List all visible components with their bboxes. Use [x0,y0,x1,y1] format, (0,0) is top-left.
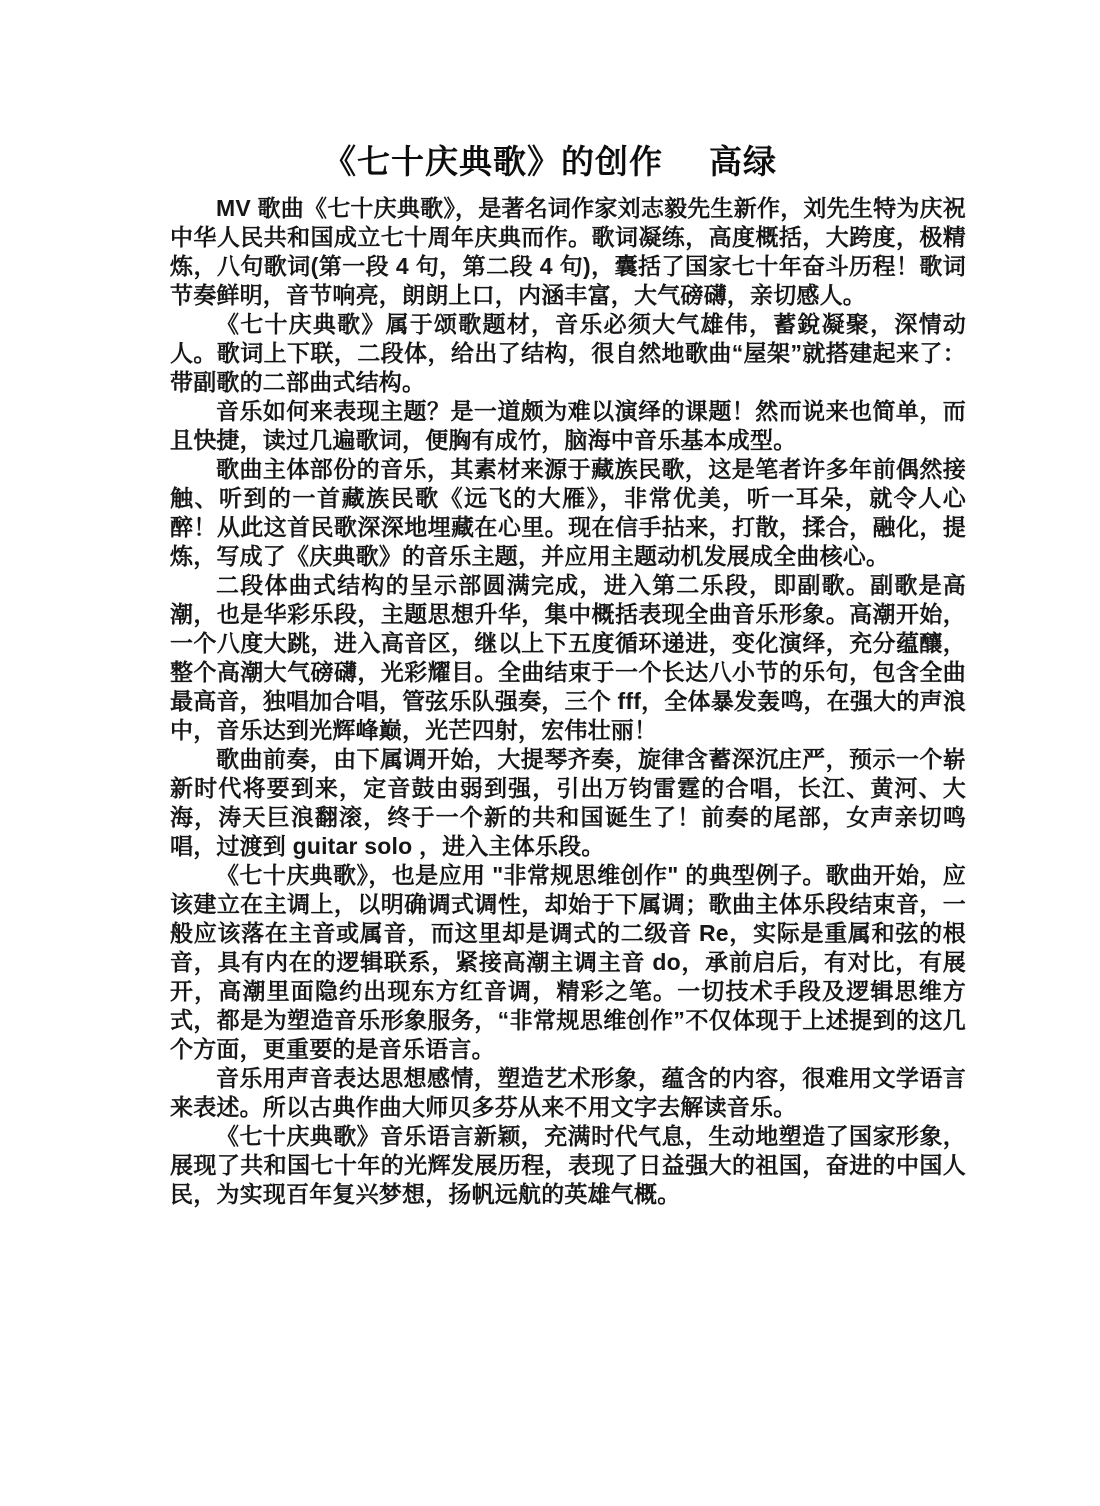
paragraph-2: 《七十庆典歌》属于颂歌题材，音乐必须大气雄伟，蓄銳凝聚，深情动人。歌词上下联，二… [170,310,966,397]
paragraph-5: 二段体曲式结构的呈示部圆满完成，进入第二乐段，即副歌。副歌是高潮，也是华彩乐段，… [170,571,966,745]
paragraph-6: 歌曲前奏，由下属调开始，大提琴齐奏，旋律含蓄深沉庄严，预示一个崭新时代将要到来，… [170,745,966,861]
document-page: 《七十庆典歌》的创作高绿 MV 歌曲《七十庆典歌》，是著名词作家刘志毅先生新作，… [0,0,1100,1506]
article-body: MV 歌曲《七十庆典歌》，是著名词作家刘志毅先生新作，刘先生特为庆祝中华人民共和… [170,194,966,1209]
paragraph-4: 歌曲主体部份的音乐，其素材来源于藏族民歌，这是笔者许多年前偶然接触、听到的一首藏… [170,455,966,571]
paragraph-8: 音乐用声音表达思想感情，塑造艺术形象，蕴含的内容，很难用文学语言来表述。所以古典… [170,1064,966,1122]
paragraph-9: 《七十庆典歌》音乐语言新颖，充满时代气息，生动地塑造了国家形象，展现了共和国七十… [170,1122,966,1209]
title-text: 《七十庆典歌》的创作 [323,143,663,180]
document-title: 《七十庆典歌》的创作高绿 [0,136,1100,183]
paragraph-1: MV 歌曲《七十庆典歌》，是著名词作家刘志毅先生新作，刘先生特为庆祝中华人民共和… [170,194,966,310]
author-name: 高绿 [709,136,777,183]
paragraph-7: 《七十庆典歌》，也是应用 "非常规思维创作" 的典型例子。歌曲开始，应该建立在主… [170,861,966,1064]
paragraph-3: 音乐如何来表现主题？是一道颇为难以演绎的课题！然而说来也简单，而且快捷，读过几遍… [170,397,966,455]
